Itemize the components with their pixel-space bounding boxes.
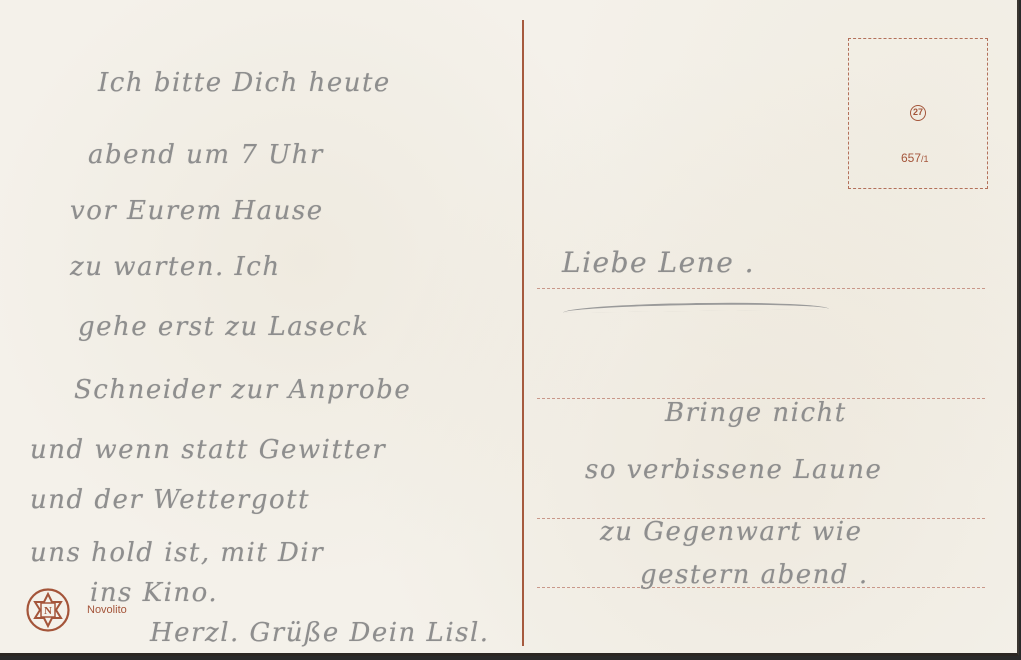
message-line: zu warten. Ich [70, 252, 281, 282]
message-line: gehe erst zu Laseck [78, 312, 369, 342]
message-line: und wenn statt Gewitter [30, 435, 386, 465]
address-greeting: Liebe Lene . [562, 246, 755, 279]
series-suffix: /1 [921, 154, 929, 164]
address-message-line: gestern abend . [640, 560, 869, 590]
address-line-1 [537, 288, 985, 289]
address-message-line: so verbissene Laune [585, 455, 882, 485]
message-line: vor Eurem Hause [70, 196, 324, 226]
publisher-name: Novolito [87, 604, 127, 616]
center-divider [522, 20, 524, 646]
novolito-logo-icon: N [26, 588, 70, 632]
message-line: und der Wettergott [30, 485, 310, 515]
message-line: Ich bitte Dich heute [98, 68, 391, 98]
address-message-line: zu Gegenwart wie [600, 517, 863, 547]
series-number: 657 [901, 151, 921, 165]
postcard-back: Ich bitte Dich heute abend um 7 Uhr vor … [0, 0, 1019, 656]
address-message-line: Bringe nicht [665, 398, 847, 428]
greeting-underline [563, 301, 829, 313]
message-line: uns hold ist, mit Dir [30, 538, 324, 568]
message-line: abend um 7 Uhr [88, 140, 324, 170]
signature-line: Herzl. Grüße Dein Lisl. [150, 618, 490, 648]
series-code: 657/1 [901, 151, 929, 165]
circled-number: 27 [910, 105, 926, 121]
message-line: Schneider zur Anprobe [74, 375, 411, 405]
svg-text:N: N [44, 605, 52, 617]
stamp-box: 27 657/1 [848, 38, 988, 189]
